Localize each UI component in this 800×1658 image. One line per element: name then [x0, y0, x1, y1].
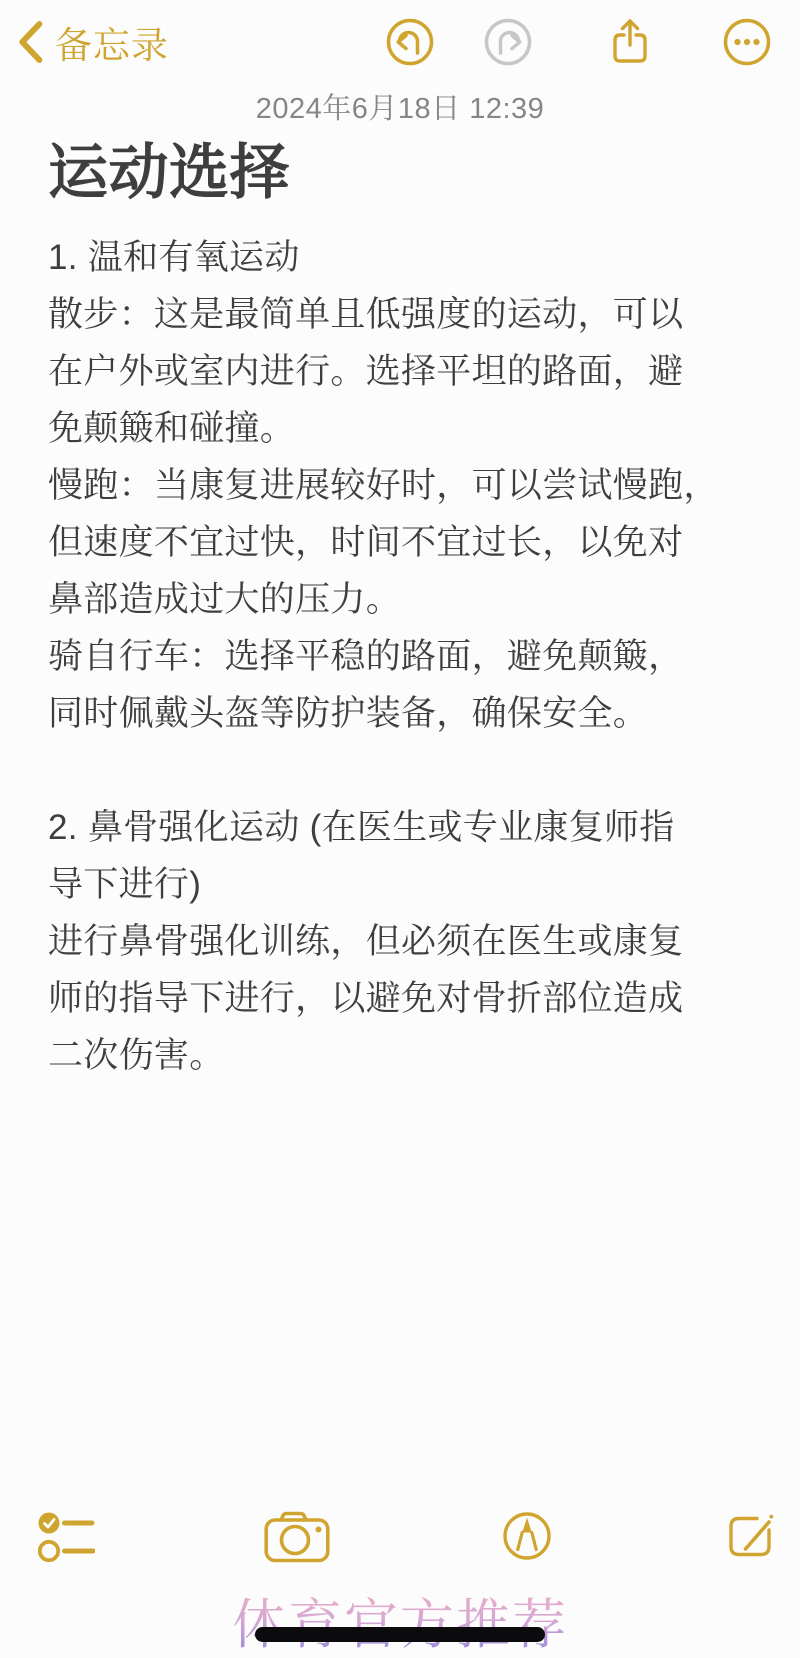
notes-app-screen: 备忘录 [0, 0, 800, 1658]
note-body-line: 免颠簸和碰撞。 [48, 400, 790, 457]
note-body-line: 导下进行) [48, 856, 790, 913]
note-body-line: 师的指导下进行，以避免对骨折部位造成 [48, 970, 790, 1027]
note-date: 2024年6月18日 12:39 [0, 86, 800, 127]
back-chevron-icon [16, 19, 43, 65]
watermark-text: 体育官方推荐 [0, 1582, 800, 1658]
note-body-line: 骑自行车：选择平稳的路面，避免颠簸， [48, 628, 790, 685]
note-body-line [48, 742, 790, 799]
back-label: 备忘录 [55, 15, 169, 69]
note-body-line: 1. 温和有氧运动 [48, 229, 790, 286]
note-body-line: 同时佩戴头盔等防护装备，确保安全。 [48, 685, 790, 742]
checklist-icon [38, 1512, 95, 1563]
compose-icon [724, 1509, 776, 1561]
camera-icon [264, 1510, 330, 1563]
note-body-line: 慢跑：当康复进展较好时，可以尝试慢跑， [48, 457, 790, 514]
note-body-line: 但速度不宜过快，时间不宜过长，以免对 [48, 514, 790, 571]
checklist-button[interactable] [38, 1512, 95, 1563]
undo-icon [384, 16, 436, 68]
share-button[interactable] [604, 16, 656, 68]
more-button[interactable] [721, 16, 773, 68]
markup-pen-icon [501, 1510, 553, 1562]
markup-button[interactable] [501, 1510, 553, 1562]
note-body-line: 在户外或室内进行。选择平坦的路面，避 [48, 343, 790, 400]
camera-button[interactable] [264, 1510, 330, 1563]
redo-button[interactable] [482, 16, 534, 68]
note-body[interactable]: 1. 温和有氧运动散步：这是最简单且低强度的运动，可以在户外或室内进行。选择平坦… [48, 229, 790, 1084]
redo-icon [482, 16, 534, 68]
back-button[interactable]: 备忘录 [16, 16, 169, 68]
note-title: 运动选择 [48, 136, 290, 210]
note-body-line: 2. 鼻骨强化运动 (在医生或专业康复师指 [48, 799, 790, 856]
note-body-line: 进行鼻骨强化训练，但必须在医生或康复 [48, 913, 790, 970]
note-body-line: 二次伤害。 [48, 1027, 790, 1084]
share-icon [604, 16, 656, 68]
undo-button[interactable] [384, 16, 436, 68]
note-body-line: 鼻部造成过大的压力。 [48, 571, 790, 628]
note-body-line: 散步：这是最简单且低强度的运动，可以 [48, 286, 790, 343]
home-indicator[interactable] [255, 1627, 545, 1642]
more-icon [721, 16, 773, 68]
compose-button[interactable] [724, 1509, 776, 1561]
